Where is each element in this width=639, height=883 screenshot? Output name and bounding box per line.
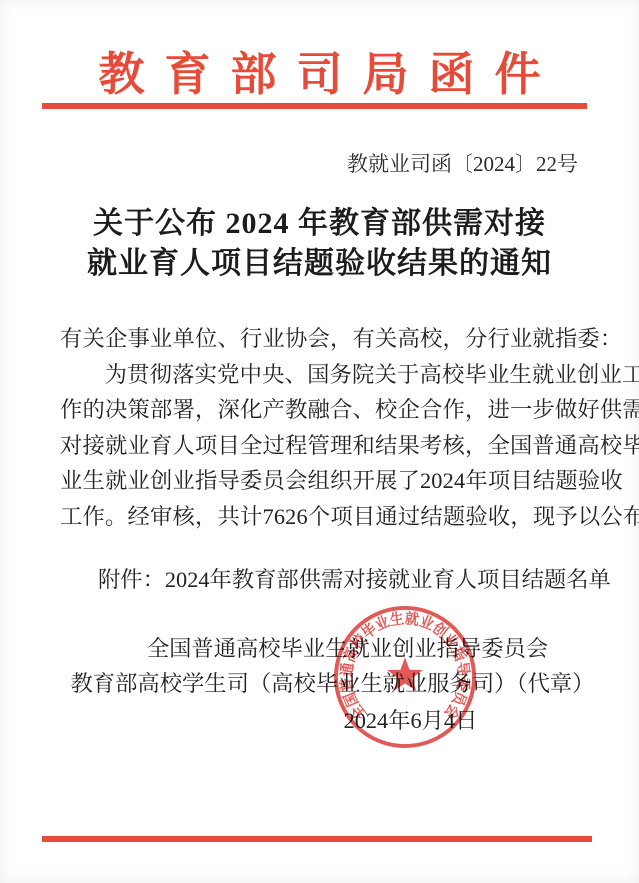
letter-body: 有关企事业单位、行业协会，有关高校，分行业就指委： 为贯彻落实党中央、国务院关于… [60, 321, 585, 535]
signature-department: 教育部高校学生司（高校毕业生就业服务司）（代章） [13, 666, 639, 698]
letterhead-double-rule [42, 103, 587, 109]
document-title: 关于公布 2024 年教育部供需对接 就业育人项目结题验收结果的通知 [0, 204, 639, 284]
signature-date: 2024年6月4日 [91, 703, 639, 735]
body-line: 业生就业创业指导委员会组织开展了2024年项目结题验收 [60, 463, 585, 499]
letterhead-title: 教育部司局函件 [0, 38, 639, 104]
document-title-line1: 关于公布 2024 年教育部供需对接 [0, 204, 639, 244]
document-number: 教就业司函〔2024〕22号 [347, 148, 578, 178]
body-line: 作的决策部署，深化产教融合、校企合作，进一步做好供需 [60, 392, 585, 428]
footer-double-rule [42, 836, 592, 842]
attachment-line: 附件：2024年教育部供需对接就业育人项目结题名单 [60, 562, 599, 594]
document-title-line2: 就业育人项目结题验收结果的通知 [0, 244, 639, 284]
official-letter-page: 教育部司局函件 教就业司函〔2024〕22号 关于公布 2024 年教育部供需对… [0, 0, 639, 883]
body-line: 工作。经审核，共计7626个项目通过结题验收，现予以公布。 [60, 499, 585, 535]
body-line: 对接就业育人项目全过程管理和结果考核，全国普通高校毕 [60, 428, 585, 464]
salutation-line: 有关企事业单位、行业协会，有关高校，分行业就指委： [60, 321, 585, 357]
signature-organization: 全国普通高校毕业生就业创业指导委员会 [28, 631, 639, 663]
body-line: 为贯彻落实党中央、国务院关于高校毕业生就业创业工 [60, 357, 585, 393]
